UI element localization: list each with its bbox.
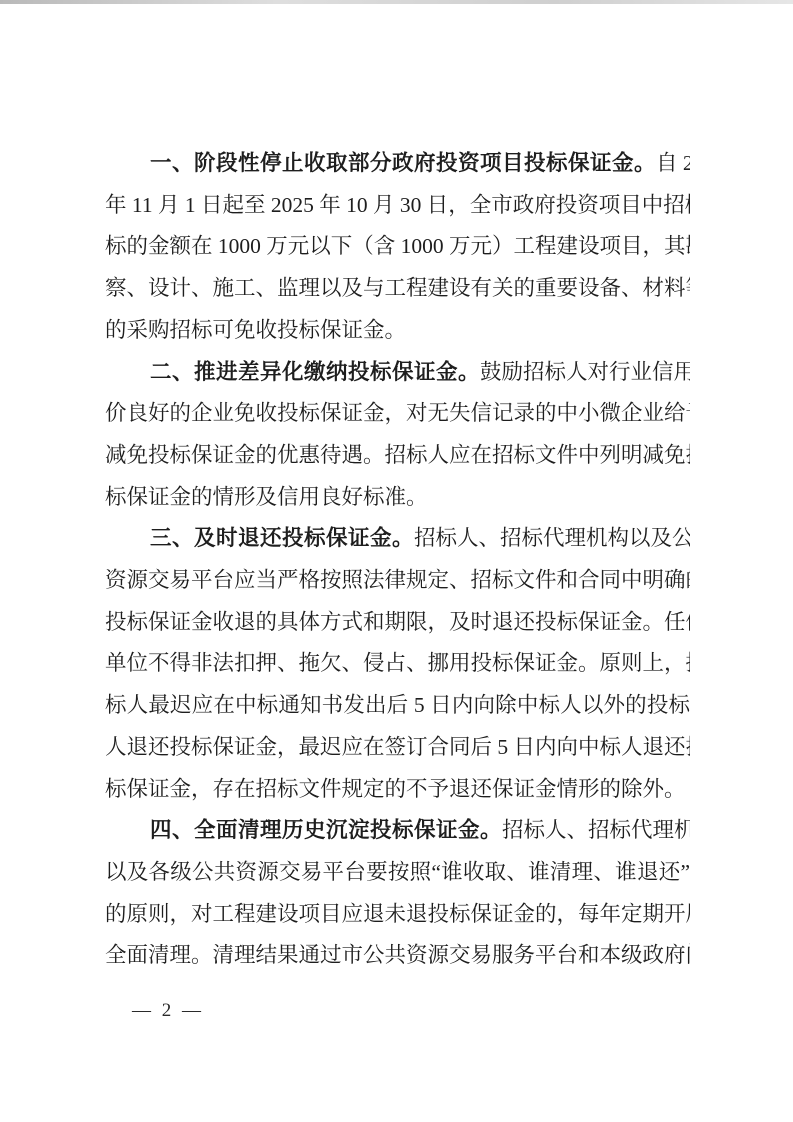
text-line: 三、及时退还投标保证金。招标人、招标代理机构以及公共 xyxy=(105,518,690,560)
heading-rest: 招标人、招标代理机构 xyxy=(502,818,690,842)
text-line: 的采购招标可免收投标保证金。 xyxy=(105,310,690,352)
text-line: 标的金额在 1000 万元以下（含 1000 万元）工程建设项目，其勘 xyxy=(105,226,690,268)
text-line: 价良好的企业免收投标保证金，对无失信记录的中小微企业给予 xyxy=(105,393,690,435)
section-heading: 二、推进差异化缴纳投标保证金。 xyxy=(150,360,480,384)
document-page: 一、阶段性停止收取部分政府投资项目投标保证金。自 2024 年 11 月 1 日… xyxy=(0,0,793,1122)
text-line: 投标保证金收退的具体方式和期限，及时退还投标保证金。任何 xyxy=(105,602,690,644)
text-line: 人退还投标保证金，最迟应在签订合同后 5 日内向中标人退还投 xyxy=(105,727,690,769)
page-number: — 2 — xyxy=(132,1000,204,1022)
section-heading: 三、及时退还投标保证金。 xyxy=(150,526,414,550)
heading-rest: 鼓励招标人对行业信用评 xyxy=(480,360,690,384)
section-heading: 一、阶段性停止收取部分政府投资项目投标保证金。 xyxy=(150,151,656,175)
text-line: 标保证金的情形及信用良好标准。 xyxy=(105,477,690,519)
section-heading: 四、全面清理历史沉淀投标保证金。 xyxy=(150,818,502,842)
text-line: 二、推进差异化缴纳投标保证金。鼓励招标人对行业信用评 xyxy=(105,352,690,394)
heading-rest: 招标人、招标代理机构以及公共 xyxy=(414,526,690,550)
text-line: 资源交易平台应当严格按照法律规定、招标文件和合同中明确的 xyxy=(105,560,690,602)
document-body: 一、阶段性停止收取部分政府投资项目投标保证金。自 2024 年 11 月 1 日… xyxy=(0,0,793,977)
heading-rest: 自 2024 xyxy=(656,151,690,175)
text-line: 以及各级公共资源交易平台要按照“谁收取、谁清理、谁退还” xyxy=(105,852,690,894)
text-line: 察、设计、施工、监理以及与工程建设有关的重要设备、材料等 xyxy=(105,268,690,310)
text-line: 年 11 月 1 日起至 2025 年 10 月 30 日，全市政府投资项目中招… xyxy=(105,185,690,227)
paragraph-4: 四、全面清理历史沉淀投标保证金。招标人、招标代理机构 以及各级公共资源交易平台要… xyxy=(105,810,690,977)
paragraph-1: 一、阶段性停止收取部分政府投资项目投标保证金。自 2024 年 11 月 1 日… xyxy=(105,143,690,352)
paragraph-2: 二、推进差异化缴纳投标保证金。鼓励招标人对行业信用评 价良好的企业免收投标保证金… xyxy=(105,352,690,519)
text-line: 全面清理。清理结果通过市公共资源交易服务平台和本级政府门 xyxy=(105,935,690,977)
text-line: 标人最迟应在中标通知书发出后 5 日内向除中标人以外的投标 xyxy=(105,685,690,727)
text-line: 标保证金，存在招标文件规定的不予退还保证金情形的除外。 xyxy=(105,769,690,811)
paragraph-3: 三、及时退还投标保证金。招标人、招标代理机构以及公共 资源交易平台应当严格按照法… xyxy=(105,518,690,810)
text-line: 减免投标保证金的优惠待遇。招标人应在招标文件中列明减免投 xyxy=(105,435,690,477)
text-line: 单位不得非法扣押、拖欠、侵占、挪用投标保证金。原则上，招 xyxy=(105,643,690,685)
text-line: 四、全面清理历史沉淀投标保证金。招标人、招标代理机构 xyxy=(105,810,690,852)
text-line: 一、阶段性停止收取部分政府投资项目投标保证金。自 2024 xyxy=(105,143,690,185)
text-line: 的原则，对工程建设项目应退未退投标保证金的，每年定期开展 xyxy=(105,894,690,936)
